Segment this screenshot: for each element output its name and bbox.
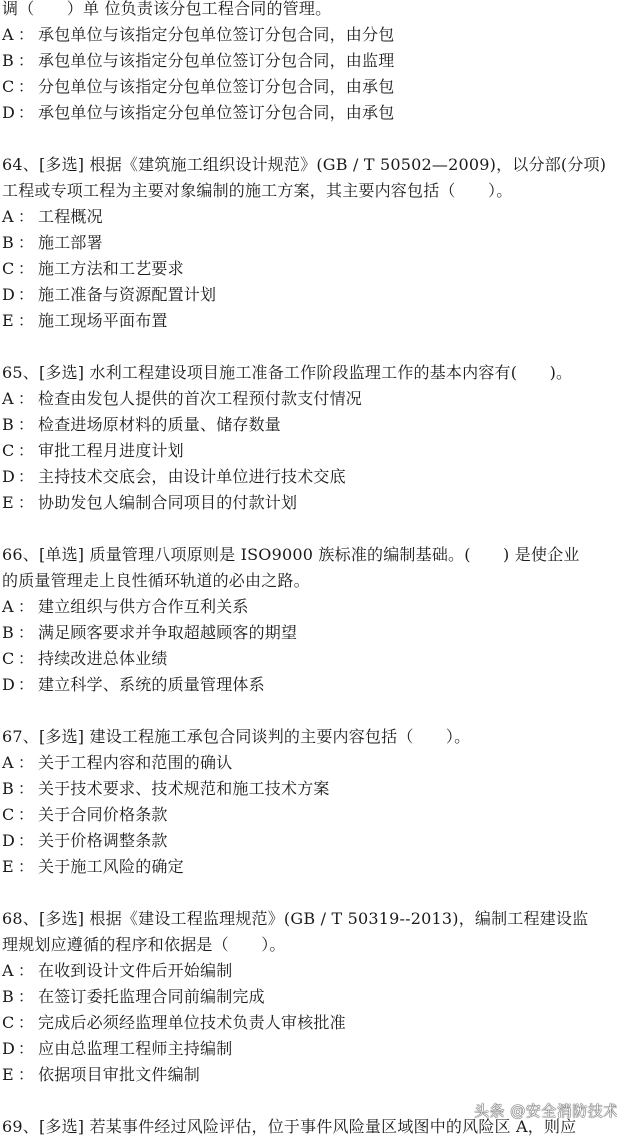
question-stem-line: 66、[单选] 质量管理八项原则是 ISO9000 族标准的编制基础。( ) 是…	[2, 542, 617, 568]
watermark: 头条 @安全消防技术	[474, 1100, 617, 1121]
question-stem-line: 调（ ）单 位负责该分包工程合同的管理。	[2, 0, 617, 22]
option-a: A：关于工程内容和范围的确认	[2, 750, 617, 776]
question-stem-line: 67、[多选] 建设工程施工承包合同谈判的主要内容包括（ ）。	[2, 724, 617, 750]
spacer	[2, 516, 617, 542]
question-stem-line: 68、[多选] 根据《建设工程监理规范》(GB / T 50319--2013)…	[2, 906, 617, 932]
option-a: A：建立组织与供方合作互利关系	[2, 594, 617, 620]
question-65: 65、[多选] 水利工程建设项目施工准备工作阶段监理工作的基本内容有( )。 A…	[2, 360, 617, 516]
option-c: C：分包单位与该指定分包单位签订分包合同，由承包	[2, 74, 617, 100]
question-68: 68、[多选] 根据《建设工程监理规范》(GB / T 50319--2013)…	[2, 906, 617, 1088]
option-d: D：施工准备与资源配置计划	[2, 282, 617, 308]
question-stem-line: 理规划应遵循的程序和依据是（ ）。	[2, 932, 617, 958]
option-e: E：关于施工风险的确定	[2, 854, 617, 880]
option-b: B：检查进场原材料的质量、储存数量	[2, 412, 617, 438]
option-d: D：应由总监理工程师主持编制	[2, 1036, 617, 1062]
option-a: A：工程概况	[2, 204, 617, 230]
question-63-continuation: 调（ ）单 位负责该分包工程合同的管理。 A：承包单位与该指定分包单位签订分包合…	[2, 0, 617, 126]
document-page: 调（ ）单 位负责该分包工程合同的管理。 A：承包单位与该指定分包单位签订分包合…	[2, 0, 617, 1136]
question-64: 64、[多选] 根据《建筑施工组织设计规范》(GB / T 50502—2009…	[2, 152, 617, 334]
option-c: C：审批工程月进度计划	[2, 438, 617, 464]
question-stem-line: 65、[多选] 水利工程建设项目施工准备工作阶段监理工作的基本内容有( )。	[2, 360, 617, 386]
option-c: C：持续改进总体业绩	[2, 646, 617, 672]
option-e: E：依据项目审批文件编制	[2, 1062, 617, 1088]
option-e: E：施工现场平面布置	[2, 308, 617, 334]
option-b: B：满足顾客要求并争取超越顾客的期望	[2, 620, 617, 646]
option-d: D：主持技术交底会，由设计单位进行技术交底	[2, 464, 617, 490]
question-67: 67、[多选] 建设工程施工承包合同谈判的主要内容包括（ ）。 A：关于工程内容…	[2, 724, 617, 880]
option-c: C：施工方法和工艺要求	[2, 256, 617, 282]
option-b: B：在签订委托监理合同前编制完成	[2, 984, 617, 1010]
option-b: B：关于技术要求、技术规范和施工技术方案	[2, 776, 617, 802]
option-d: D：关于价格调整条款	[2, 828, 617, 854]
option-e: E：协助发包人编制合同项目的付款计划	[2, 490, 617, 516]
option-d: D：建立科学、系统的质量管理体系	[2, 672, 617, 698]
option-a: A：在收到设计文件后开始编制	[2, 958, 617, 984]
option-a: A：承包单位与该指定分包单位签订分包合同，由分包	[2, 22, 617, 48]
option-c: C：关于合同价格条款	[2, 802, 617, 828]
option-d: D：承包单位与该指定分包单位签订分包合同，由承包	[2, 100, 617, 126]
spacer	[2, 880, 617, 906]
option-b: B：施工部署	[2, 230, 617, 256]
spacer	[2, 126, 617, 152]
question-66: 66、[单选] 质量管理八项原则是 ISO9000 族标准的编制基础。( ) 是…	[2, 542, 617, 698]
option-c: C：完成后必须经监理单位技术负责人审核批准	[2, 1010, 617, 1036]
spacer	[2, 698, 617, 724]
question-stem-line: 64、[多选] 根据《建筑施工组织设计规范》(GB / T 50502—2009…	[2, 152, 617, 178]
option-b: B：承包单位与该指定分包单位签订分包合同，由监理	[2, 48, 617, 74]
question-stem-line: 的质量管理走上良性循环轨道的必由之路。	[2, 568, 617, 594]
option-a: A：检查由发包人提供的首次工程预付款支付情况	[2, 386, 617, 412]
question-stem-line: 工程或专项工程为主要对象编制的施工方案，其主要内容包括（ ）。	[2, 178, 617, 204]
spacer	[2, 334, 617, 360]
